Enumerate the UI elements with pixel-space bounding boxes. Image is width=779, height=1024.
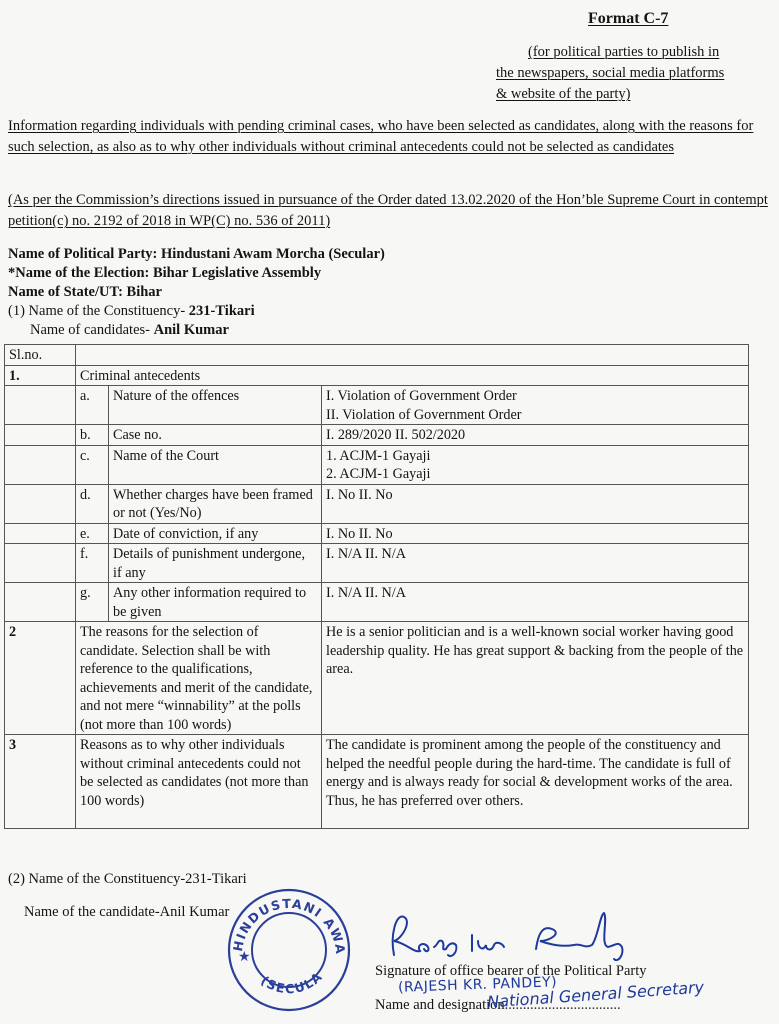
table-row: f.Details of punishment undergone, if an… <box>5 544 749 583</box>
row-value: I. Violation of Government OrderII. Viol… <box>322 386 749 425</box>
section2-field: The reasons for the selection of candida… <box>76 622 322 735</box>
row-value: I. N/A II. N/A <box>322 544 749 583</box>
constituency-value: 231-Tikari <box>189 303 255 319</box>
row-value: I. No II. No <box>322 484 749 523</box>
svg-text:★: ★ <box>238 949 251 965</box>
empty-cell <box>5 484 76 523</box>
section3-field: Reasons as to why other individuals with… <box>76 735 322 829</box>
row-field: Case no. <box>109 425 322 446</box>
table-header-row: Sl.no. <box>5 345 749 366</box>
row-value-line: 1. ACJM-1 Gayaji <box>326 447 744 466</box>
publish-note: (for political parties to publish in the… <box>496 42 766 105</box>
svg-text:HINDUSTANI AWAM MORCHA: HINDUSTANI AWAM MORCHA <box>224 885 348 956</box>
empty-cell <box>5 386 76 425</box>
section3-value: The candidate is prominent among the peo… <box>322 735 749 829</box>
empty-cell <box>5 425 76 446</box>
candidate-label: Name of candidates- <box>30 322 154 338</box>
row-letter: e. <box>76 523 109 544</box>
row-letter: f. <box>76 544 109 583</box>
table-row: b.Case no.I. 289/2020 II. 502/2020 <box>5 425 749 446</box>
row-field: Name of the Court <box>109 445 322 484</box>
second-constituency-section: (2) Name of the Constituency-231-Tikari … <box>8 870 247 922</box>
party-stamp-icon: HINDUSTANI AWAM MORCHA (SECULAR) ★ <box>224 885 354 1015</box>
state-value: Bihar <box>127 284 162 300</box>
publish-note-line: & website of the party) <box>496 86 631 102</box>
header-empty <box>76 345 749 366</box>
section2-number: 2 <box>5 622 76 735</box>
party-value: Hindustani Awam Morcha (Secular) <box>161 246 385 262</box>
row-value: 1. ACJM-1 Gayaji2. ACJM-1 Gayaji <box>322 445 749 484</box>
section3-row: 3 Reasons as to why other individuals wi… <box>5 735 749 829</box>
election-label: *Name of the Election: <box>8 265 153 281</box>
row-field: Nature of the offences <box>109 386 322 425</box>
slno-header: Sl.no. <box>5 345 76 366</box>
row-value-line: I. No II. No <box>326 486 744 505</box>
section1-title: Criminal antecedents <box>76 365 749 386</box>
reference-note: (As per the Commission’s directions issu… <box>8 190 768 232</box>
state-row: Name of State/UT: Bihar <box>8 283 385 302</box>
second-candidate: Name of the candidate-Anil Kumar <box>8 903 247 922</box>
section2-row: 2 The reasons for the selection of candi… <box>5 622 749 735</box>
table-row: c.Name of the Court1. ACJM-1 Gayaji2. AC… <box>5 445 749 484</box>
row-field: Date of conviction, if any <box>109 523 322 544</box>
row-letter: a. <box>76 386 109 425</box>
election-value: Bihar Legislative Assembly <box>153 265 321 281</box>
signature-scribble-icon <box>386 905 666 965</box>
row-value-line: I. 289/2020 II. 502/2020 <box>326 426 744 445</box>
row-field: Details of punishment undergone, if any <box>109 544 322 583</box>
section2-value: He is a senior politician and is a well-… <box>322 622 749 735</box>
section3-number: 3 <box>5 735 76 829</box>
row-value: I. No II. No <box>322 523 749 544</box>
candidate-meta: Name of Political Party: Hindustani Awam… <box>8 245 385 340</box>
row-value-line: II. Violation of Government Order <box>326 406 744 425</box>
intro-heading: Information regarding individuals with p… <box>8 116 768 158</box>
row-value-line: I. N/A II. N/A <box>326 545 744 564</box>
second-constituency: (2) Name of the Constituency-231-Tikari <box>8 870 247 889</box>
section1-number: 1. <box>5 365 76 386</box>
row-letter: b. <box>76 425 109 446</box>
row-value-line: I. No II. No <box>326 525 744 544</box>
party-row: Name of Political Party: Hindustani Awam… <box>8 245 385 264</box>
table-row: a.Nature of the offencesI. Violation of … <box>5 386 749 425</box>
row-value: I. 289/2020 II. 502/2020 <box>322 425 749 446</box>
candidate-row: Name of candidates- Anil Kumar <box>8 321 385 340</box>
row-value: I. N/A II. N/A <box>322 583 749 622</box>
party-label: Name of Political Party: <box>8 246 161 262</box>
empty-cell <box>5 445 76 484</box>
publish-note-line: the newspapers, social media platforms <box>496 65 724 81</box>
row-letter: d. <box>76 484 109 523</box>
constituency-label: (1) Name of the Constituency- <box>8 303 189 319</box>
row-value-line: I. Violation of Government Order <box>326 387 744 406</box>
empty-cell <box>5 583 76 622</box>
state-label: Name of State/UT: <box>8 284 127 300</box>
row-letter: c. <box>76 445 109 484</box>
table-row: g.Any other information required to be g… <box>5 583 749 622</box>
designation-label-text: Name and designation <box>375 997 505 1013</box>
row-field: Whether charges have been framed or not … <box>109 484 322 523</box>
candidate-value: Anil Kumar <box>154 322 229 338</box>
section1-row: 1. Criminal antecedents <box>5 365 749 386</box>
row-value-line: 2. ACJM-1 Gayaji <box>326 465 744 484</box>
row-letter: g. <box>76 583 109 622</box>
row-field: Any other information required to be giv… <box>109 583 322 622</box>
empty-cell <box>5 523 76 544</box>
election-row: *Name of the Election: Bihar Legislative… <box>8 264 385 283</box>
empty-cell <box>5 544 76 583</box>
row-value-line: I. N/A II. N/A <box>326 584 744 603</box>
table-row: d.Whether charges have been framed or no… <box>5 484 749 523</box>
publish-note-line: (for political parties to publish in <box>528 44 719 60</box>
table-row: e.Date of conviction, if anyI. No II. No <box>5 523 749 544</box>
format-title: Format C-7 <box>588 10 668 28</box>
criminal-antecedents-table: Sl.no. 1. Criminal antecedents a.Nature … <box>4 344 749 829</box>
constituency-row: (1) Name of the Constituency- 231-Tikari <box>8 302 385 321</box>
